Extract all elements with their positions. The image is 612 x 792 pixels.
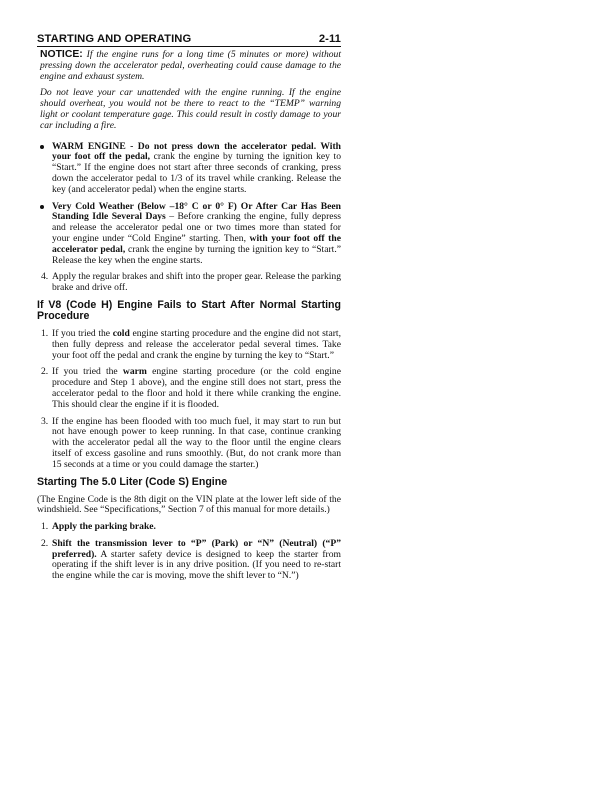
step-text: If the engine has been flooded with too …	[52, 416, 341, 470]
step-number: 3.	[41, 417, 48, 428]
step-text: If you tried the	[52, 328, 113, 339]
v8-step-2: 2. If you tried the warm engine starting…	[37, 367, 341, 410]
bullet-icon	[40, 145, 44, 149]
notice-label: NOTICE:	[40, 49, 83, 60]
step-emphasis: cold	[113, 328, 130, 339]
v8-section-heading: If V8 (Code H) Engine Fails to Start Aft…	[37, 300, 341, 322]
step-emphasis: warm	[123, 366, 147, 377]
page-body: NOTICE: If the engine runs for a long ti…	[37, 50, 341, 582]
notice-text: If the engine runs for a long time (5 mi…	[40, 49, 341, 82]
step-text: Apply the regular brakes and shift into …	[52, 271, 341, 293]
caution-paragraph: Do not leave your car unattended with th…	[37, 88, 341, 131]
step-number: 4.	[41, 272, 48, 283]
engine-50-step-1: 1. Apply the parking brake.	[37, 522, 341, 533]
step-number: 2.	[41, 367, 48, 378]
list-item-warm-engine: WARM ENGINE - Do not press down the acce…	[37, 142, 341, 196]
notice-paragraph: NOTICE: If the engine runs for a long ti…	[37, 50, 341, 82]
engine-50-step-2: 2. Shift the transmission lever to “P” (…	[37, 539, 341, 582]
step-text: If you tried the	[52, 366, 123, 377]
manual-page: STARTING AND OPERATING 2-11 NOTICE: If t…	[37, 33, 341, 588]
v8-steps-list: 1. If you tried the cold engine starting…	[37, 329, 341, 471]
engine-code-intro: (The Engine Code is the 8th digit on the…	[37, 495, 341, 517]
engine-50-steps-list: 1. Apply the parking brake. 2. Shift the…	[37, 522, 341, 582]
step-4: 4. Apply the regular brakes and shift in…	[37, 272, 341, 294]
bullet-icon	[40, 205, 44, 209]
step-number: 1.	[41, 522, 48, 533]
engine-condition-list: WARM ENGINE - Do not press down the acce…	[37, 142, 341, 267]
v8-step-1: 1. If you tried the cold engine starting…	[37, 329, 341, 361]
engine-50-section-heading: Starting The 5.0 Liter (Code S) Engine	[37, 477, 341, 488]
step-number: 2.	[41, 539, 48, 550]
v8-step-3: 3. If the engine has been flooded with t…	[37, 417, 341, 471]
step-number: 1.	[41, 329, 48, 340]
list-item-cold-weather: Very Cold Weather (Below –18° C or 0° F)…	[37, 202, 341, 267]
section-title: STARTING AND OPERATING	[37, 33, 191, 45]
step-4-list: 4. Apply the regular brakes and shift in…	[37, 272, 341, 294]
page-number: 2-11	[319, 33, 341, 45]
step-emphasis: Apply the parking brake.	[52, 521, 156, 532]
page-header: STARTING AND OPERATING 2-11	[37, 33, 341, 47]
